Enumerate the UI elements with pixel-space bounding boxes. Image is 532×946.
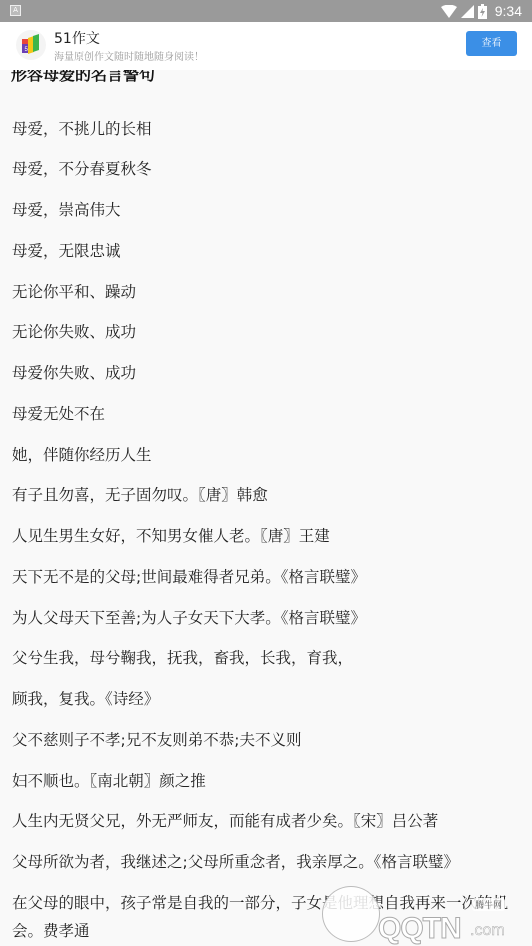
article-line: 在父母的眼中，孩子常是自我的一部分，子女是他理想自我再来一次的机 [12,891,508,913]
article-line: 无论你失败、成功 [12,320,136,342]
article-line: 妇不顺也。〖南北朝〗颜之推 [12,769,206,791]
app-tagline: 海量原创作文随时随地随身阅读！ [54,48,204,63]
article-line: 无论你平和、躁动 [12,280,136,302]
article-line: 人生内无贤父兄，外无严师友，而能有成者少矣。〖宋〗吕公著 [12,809,438,831]
article-line: 为人父母天下至善;为人子女天下大孝。《格言联璧》 [12,606,366,628]
article-line: 母爱，不分春夏秋冬 [12,157,152,179]
app-name: 51作文 [54,28,100,48]
watermark-badge: 腾牛网 [472,898,505,911]
article-line: 天下无不是的父母;世间最难得者兄弟。《格言联璧》 [12,565,366,587]
status-bar: A 9:34 [0,0,532,22]
clock: 9:34 [495,3,522,19]
article-line: 母爱无处不在 [12,402,105,424]
article-line: 父不慈则子不孝;兄不友则弟不恭;夫不义则 [12,728,301,750]
article-line: 会。费孝通 [12,919,90,941]
battery-icon [478,4,487,19]
article-line: 有子且勿喜，无子固勿叹。〖唐〗韩愈 [12,483,268,505]
app-banner[interactable]: 5 51作文 海量原创作文随时随地随身阅读！ 查看 [0,22,532,70]
article-line: 人见生男生女好，不知男女催人老。〖唐〗王建 [12,524,330,546]
wifi-icon [441,5,457,18]
status-icons: 9:34 [441,2,522,20]
article-line: 母爱你失败、成功 [12,361,136,383]
article-content[interactable]: 形容母爱的名言警句 母爱，不挑儿的长相 母爱，不分春夏秋冬 母爱，崇高伟大 母爱… [0,70,532,946]
view-button[interactable]: 查看 [466,31,517,56]
signal-icon [461,5,474,18]
article-line: 父母所欲为者，我继述之;父母所重念者，我亲厚之。《格言联璧》 [12,850,459,872]
article-line: 顾我，复我。《诗经》 [12,687,159,709]
article-line: 母爱，崇高伟大 [12,198,121,220]
article-heading: 形容母爱的名言警句 [11,70,155,85]
app-logo-icon: 5 [16,30,46,60]
watermark-logo-icon [322,886,380,942]
article-line: 她，伴随你经历人生 [12,443,152,465]
article-line: 父兮生我，母兮鞠我，抚我，畜我，长我，育我， [12,646,353,668]
notification-icon: A [10,5,21,16]
watermark-suffix: .com [470,922,505,940]
watermark-text: QQTN [378,912,461,946]
article-line: 母爱，无限忠诚 [12,239,121,261]
article-line: 母爱，不挑儿的长相 [12,117,152,139]
